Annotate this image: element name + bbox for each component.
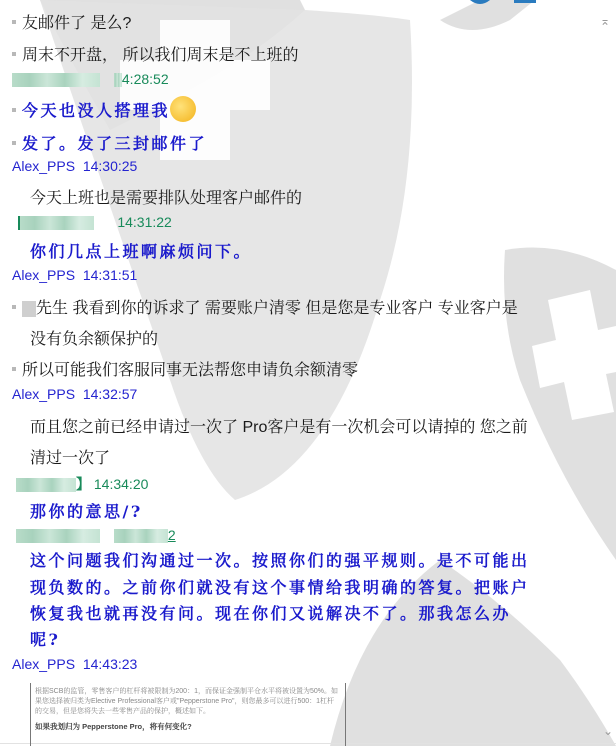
agent-message: 友邮件了 是么? (12, 10, 131, 33)
user-message: 恢复我也就再没有问。现在你们又说解决不了。那我怎么办 (30, 601, 511, 624)
timestamp: 14:32:57 (83, 386, 138, 402)
user-message: 今天也没人搭理我 (12, 98, 196, 125)
redacted-username (16, 478, 76, 492)
agent-message: 所以可能我们客服同事无法帮您申请负余额清零 (12, 357, 358, 380)
bullet-icon (12, 141, 16, 145)
user-message: 呢? (30, 627, 60, 650)
message-header: Alex_PPS 14:43:23 (12, 656, 137, 672)
message-header: 2 (16, 527, 176, 543)
redacted-username (20, 216, 94, 230)
message-header: Alex_PPS 14:31:51 (12, 267, 137, 283)
timestamp: 14:30:25 (83, 158, 138, 174)
attachment-paragraph: 根据SCB的监管，零售客户的杠杆将被限制为200：1，而保证金强制平仓水平将被设… (35, 687, 339, 717)
sender-name: Alex_PPS (12, 656, 75, 672)
attachment-image[interactable]: 根据SCB的监管，零售客户的杠杆将被限制为200：1，而保证金强制平仓水平将被设… (30, 683, 346, 746)
user-message: 这个问题我们沟通过一次。按照你们的强平规则。是不可能出 (30, 548, 530, 571)
agent-message: 没有负余额保护的 (30, 326, 158, 349)
bullet-icon (12, 367, 16, 371)
timestamp: 14:31:51 (83, 267, 138, 283)
message-header: Alex_PPS 14:30:25 (12, 158, 137, 174)
scroll-to-bottom-icon[interactable]: ⌄ (603, 724, 613, 738)
sender-name: Alex_PPS (12, 267, 75, 283)
agent-message: 先生 我看到你的诉求了 需要账户清零 但是您是专业客户 专业客户是 (12, 295, 518, 318)
attachment-question: 如果我划归为 Pepperstone Pro，将有何变化? (35, 722, 339, 732)
user-message: 那你的意思/? (30, 499, 143, 522)
scroll-to-top-icon[interactable]: ⌅ (600, 14, 610, 28)
user-message: 你们几点上班啊麻烦问下。 (30, 239, 252, 262)
agent-message: 今天上班也是需要排队处理客户邮件的 (30, 185, 302, 208)
message-header: 】 14:34:20 (16, 474, 148, 494)
redacted-name (22, 301, 36, 317)
user-message: 现负数的。之前你们就没有这个事情给我明确的答复。把账户 (30, 575, 530, 598)
user-message: 发了。发了三封邮件了 (12, 131, 207, 154)
timestamp: 14:34:20 (94, 476, 149, 492)
bullet-icon (12, 108, 16, 112)
sender-name: Alex_PPS (12, 386, 75, 402)
bullet-icon (12, 305, 16, 309)
timestamp: 4:28:52 (122, 71, 169, 87)
agent-message: 周末不开盘， 所以我们周末是不上班的 (12, 42, 298, 65)
timestamp: 14:31:22 (117, 214, 172, 230)
bullet-icon (12, 52, 16, 56)
bullet-icon (12, 20, 16, 24)
redacted-username (12, 73, 100, 87)
message-header: 14:31:22 (18, 214, 172, 230)
redacted-username (16, 529, 100, 543)
message-header: Alex_PPS 14:32:57 (12, 386, 137, 402)
sweat-thinking-emoji-icon (170, 96, 196, 122)
message-header: 4:28:52 (12, 71, 169, 87)
agent-message: 清过一次了 (30, 445, 110, 468)
timestamp: 2 (168, 527, 176, 543)
agent-message: 而且您之前已经申请过一次了 Pro客户是有一次机会可以请掉的 您之前 (30, 414, 528, 437)
sender-name: Alex_PPS (12, 158, 75, 174)
timestamp: 14:43:23 (83, 656, 138, 672)
